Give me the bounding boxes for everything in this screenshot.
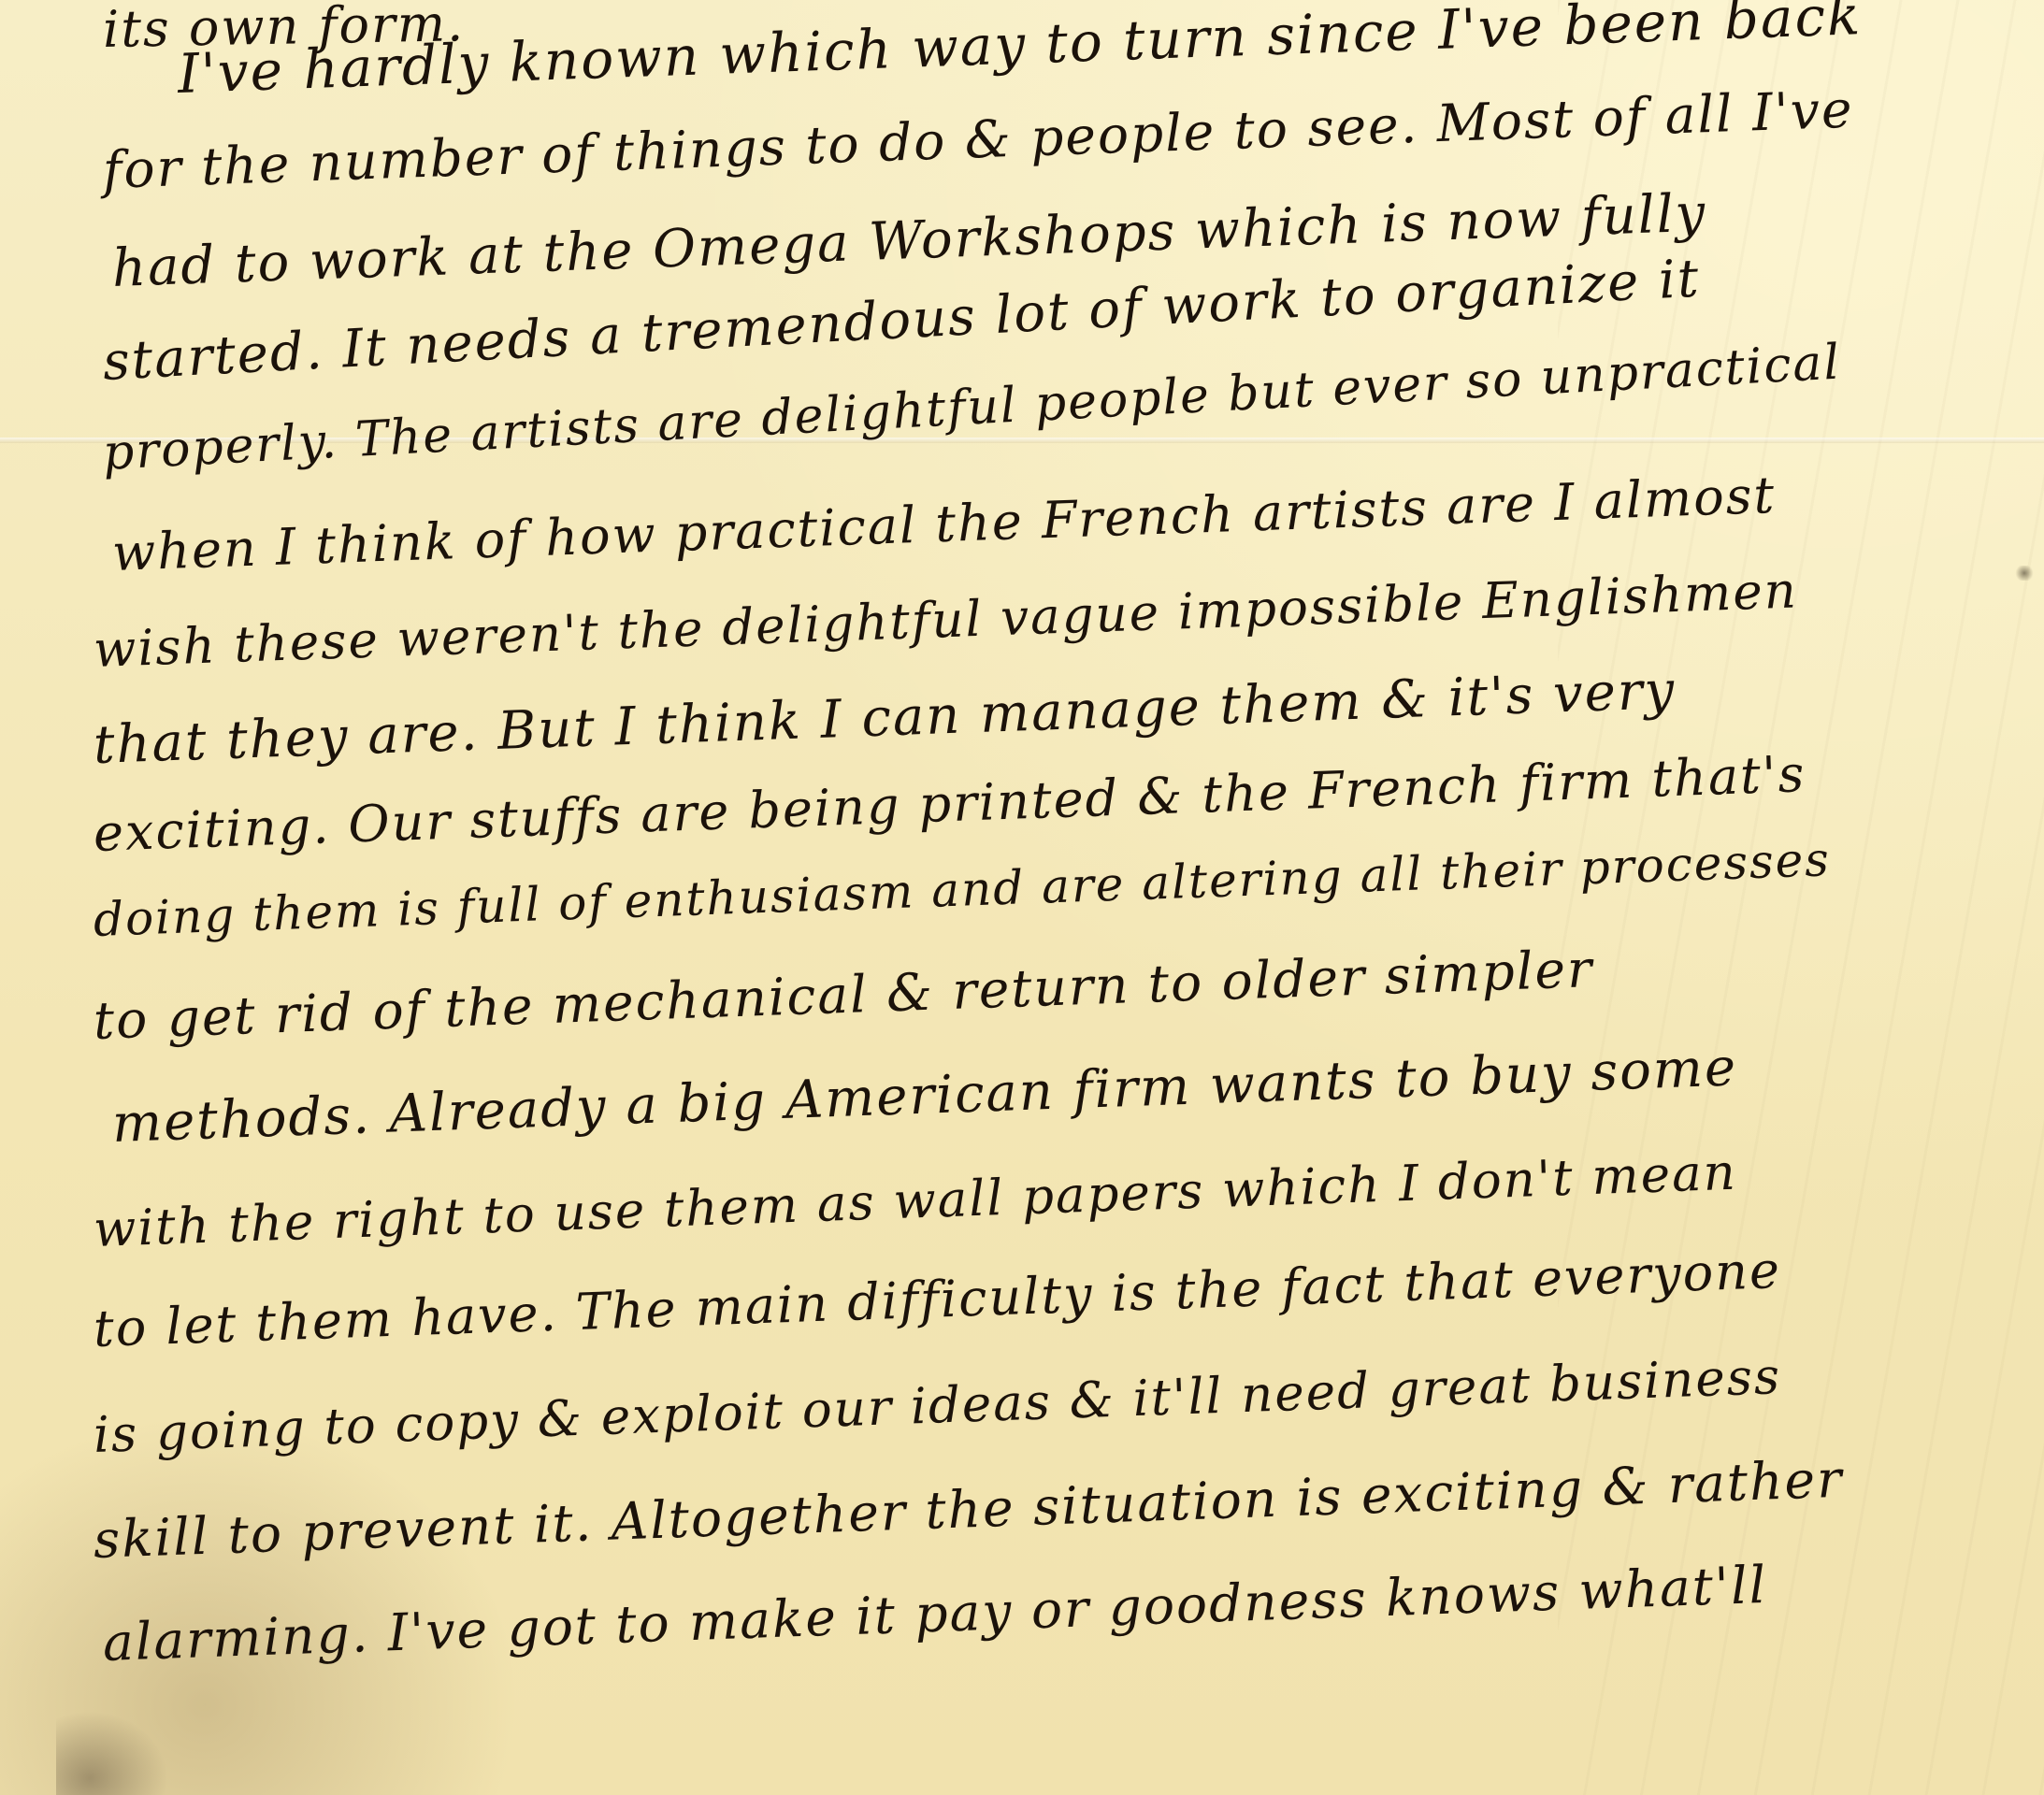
handwritten-line: when I think of how practical the French… xyxy=(111,466,1777,582)
handwritten-line: to get rid of the mechanical & return to… xyxy=(93,939,1594,1051)
paper-blemish xyxy=(2014,566,2035,581)
letter-page: its own form. I've hardly known which wa… xyxy=(0,0,2044,1795)
handwritten-line: alarming. I've got to make it pay or goo… xyxy=(102,1555,1768,1673)
handwritten-line: to let them have. The main difficulty is… xyxy=(93,1241,1782,1358)
handwritten-line: methods. Already a big American firm wan… xyxy=(111,1037,1738,1155)
handwritten-line: is going to copy & exploit our ideas & i… xyxy=(93,1348,1782,1464)
handwritten-line: with the right to use them as wall paper… xyxy=(93,1144,1738,1258)
paper-stain xyxy=(56,1711,168,1795)
handwritten-line: wish these weren't the delightful vague … xyxy=(93,562,1799,679)
